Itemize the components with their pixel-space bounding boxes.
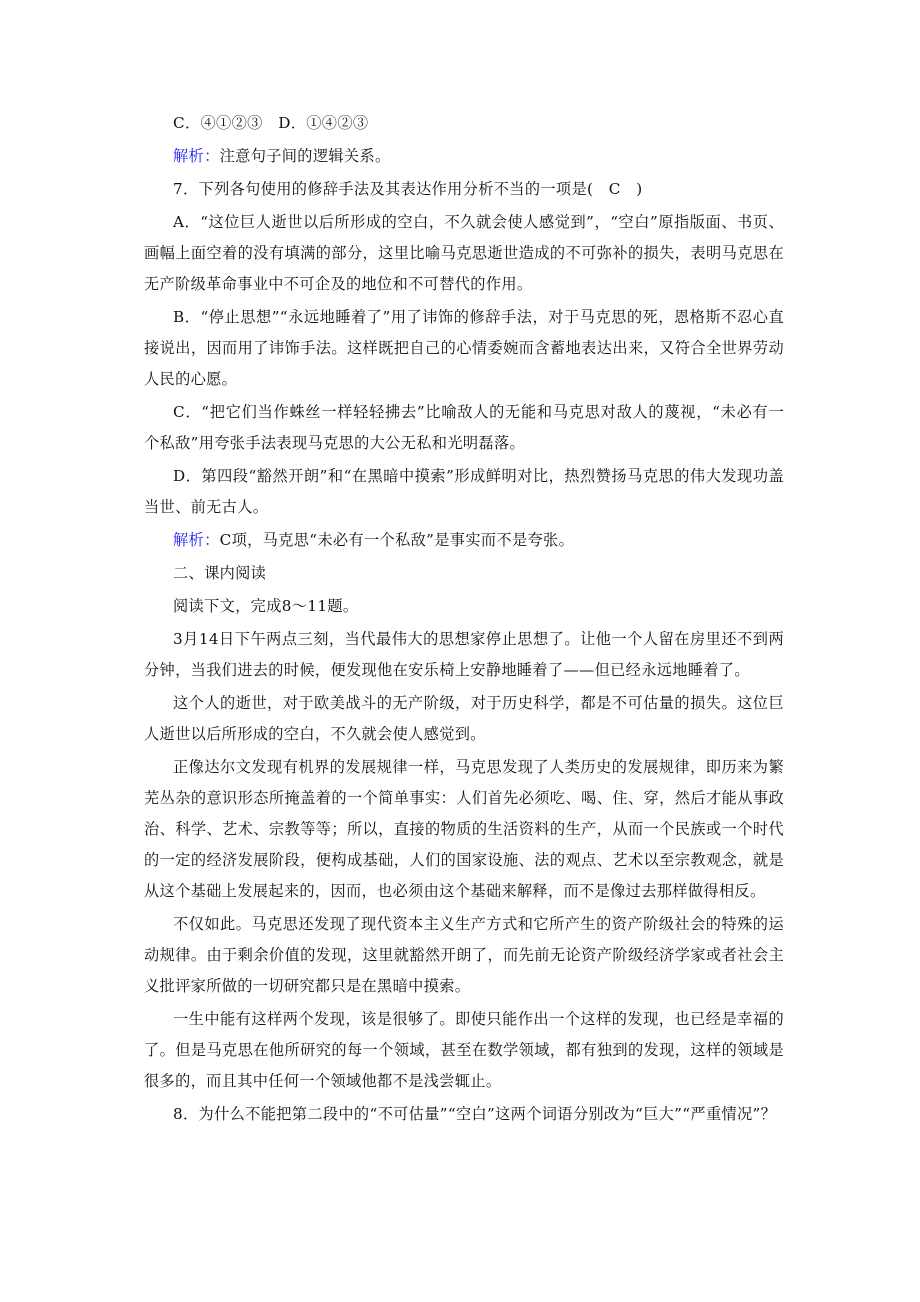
reading-instruction: 阅读下文，完成8～11题。 — [144, 591, 784, 622]
q7-option-b: B．“停止思想”“永远地睡着了”用了讳饰的修辞手法，对于马克思的死，恩格斯不忍心… — [144, 302, 784, 395]
analysis-label: 解析： — [173, 147, 220, 165]
q7-option-d: D．第四段“豁然开朗”和“在黑暗中摸索”形成鲜明对比，热烈赞扬马克思的伟大发现功… — [144, 461, 784, 523]
q8-stem: 8．为什么不能把第二段中的“不可估量”“空白”这两个词语分别改为“巨大”“严重情… — [144, 1099, 784, 1130]
analysis-text: C项，马克思“未必有一个私敌”是事实而不是夸张。 — [220, 531, 575, 549]
analysis-text: 注意句子间的逻辑关系。 — [220, 147, 391, 165]
passage-paragraph-2: 这个人的逝世，对于欧美战斗的无产阶级，对于历史科学，都是不可估量的损失。这位巨人… — [144, 688, 784, 750]
analysis-label: 解析： — [173, 531, 220, 549]
q7-analysis: 解析：C项，马克思“未必有一个私敌”是事实而不是夸张。 — [144, 525, 784, 556]
q7-stem: 7．下列各句使用的修辞手法及其表达作用分析不当的一项是( C ) — [144, 174, 784, 205]
document-page: C．④①②③ D．①④②③ 解析：注意句子间的逻辑关系。 7．下列各句使用的修辞… — [144, 108, 784, 1132]
section-heading: 二、课内阅读 — [144, 558, 784, 589]
q7-option-a: A．“这位巨人逝世以后所形成的空白，不久就会使人感觉到”，“空白”原指版面、书页… — [144, 207, 784, 300]
passage-paragraph-3: 正像达尔文发现有机界的发展规律一样，马克思发现了人类历史的发展规律，即历来为繁芜… — [144, 752, 784, 907]
q6-analysis: 解析：注意句子间的逻辑关系。 — [144, 141, 784, 172]
q6-options: C．④①②③ D．①④②③ — [144, 108, 784, 139]
passage-paragraph-4: 不仅如此。马克思还发现了现代资本主义生产方式和它所产生的资产阶级社会的特殊的运动… — [144, 909, 784, 1002]
passage-paragraph-5: 一生中能有这样两个发现，该是很够了。即使只能作出一个这样的发现，也已经是幸福的了… — [144, 1004, 784, 1097]
passage-paragraph-1: 3月14日下午两点三刻，当代最伟大的思想家停止思想了。让他一个人留在房里还不到两… — [144, 624, 784, 686]
q7-option-c: C．“把它们当作蛛丝一样轻轻拂去”比喻敌人的无能和马克思对敌人的蔑视，“未必有一… — [144, 397, 784, 459]
